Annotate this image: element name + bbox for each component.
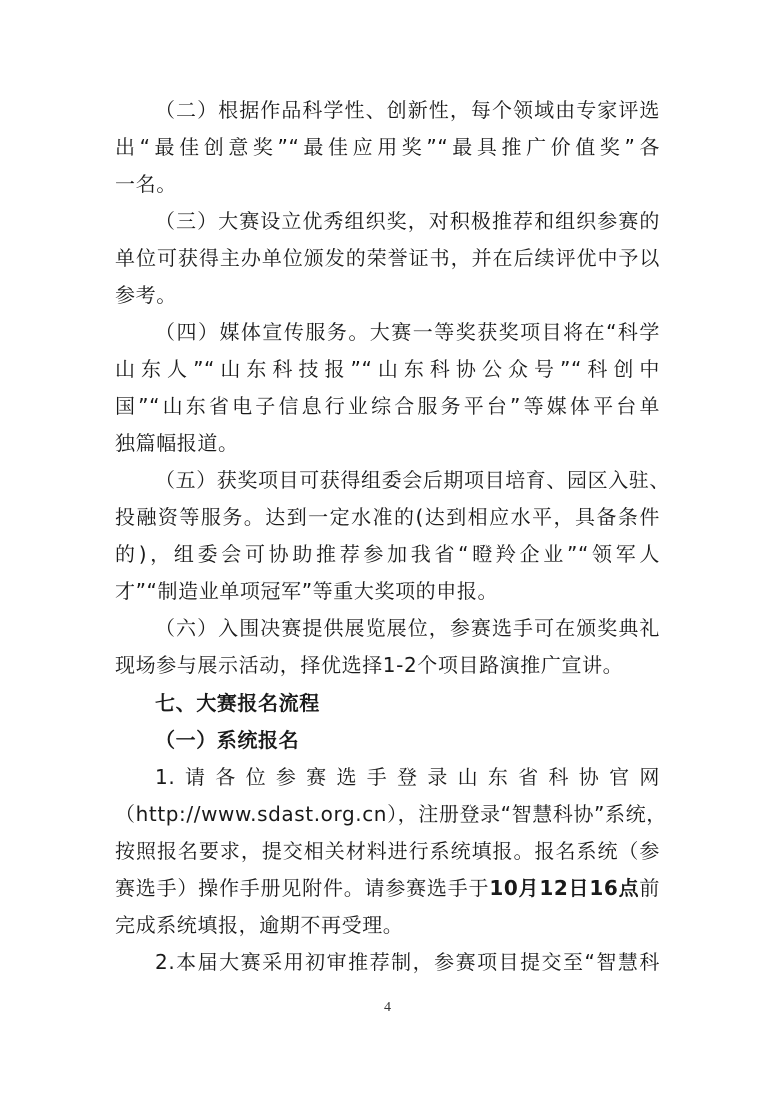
line-text: 赛选手）操作手册见附件。请参赛选手于	[115, 876, 489, 900]
paragraph-line: 单位可获得主办单位颁发的荣誉证书，并在后续评优中予以	[115, 240, 660, 277]
document-page: （二）根据作品科学性、创新性，每个领域由专家评选 出“最佳创意奖”“最佳应用奖”…	[0, 0, 775, 1101]
paragraph-line: （六）入围决赛提供展览展位，参赛选手可在颁奖典礼	[155, 610, 660, 647]
paragraph-line: （http://www.sdast.org.cn），注册登录“智慧科协”系统，	[115, 796, 660, 833]
paragraph-line: 完成系统填报，逾期不再受理。	[115, 907, 660, 944]
paragraph-line: 独篇幅报道。	[115, 425, 660, 462]
paragraph-line: 国”“山东省电子信息行业综合服务平台”等媒体平台单	[115, 388, 660, 425]
subsection-heading: （一）系统报名	[155, 722, 660, 759]
paragraph-line: 山东人”“山东科技报”“山东科协公众号”“科创中	[115, 351, 660, 388]
paragraph-line: 参考。	[115, 277, 660, 314]
paragraph-line: 出“最佳创意奖”“最佳应用奖”“最具推广价值奖”各	[115, 129, 660, 166]
paragraph-line: 一名。	[115, 166, 660, 203]
paragraph-line: （二）根据作品科学性、创新性，每个领域由专家评选	[155, 92, 660, 129]
paragraph-line: 赛选手）操作手册见附件。请参赛选手于10月12日16点前	[115, 870, 660, 907]
paragraph-line: 现场参与展示活动，择优选择1-2个项目路演推广宣讲。	[115, 647, 660, 684]
paragraph-line: （三）大赛设立优秀组织奖，对积极推荐和组织参赛的	[155, 203, 660, 240]
paragraph-line: （五）获奖项目可获得组委会后期项目培育、园区入驻、	[155, 462, 660, 499]
paragraph-line: 1.请各位参赛选手登录山东省科协官网	[155, 759, 660, 796]
paragraph-line: 才”“制造业单项冠军”等重大奖项的申报。	[115, 573, 660, 610]
paragraph-line: 的)，组委会可协助推荐参加我省“瞪羚企业”“领军人	[115, 536, 660, 573]
paragraph-line: 投融资等服务。达到一定水准的(达到相应水平，具备条件	[115, 499, 660, 536]
paragraph-line: 2.本届大赛采用初审推荐制，参赛项目提交至“智慧科	[155, 944, 660, 981]
deadline-text: 10月12日16点	[489, 876, 639, 900]
paragraph-line: 按照报名要求，提交相关材料进行系统填报。报名系统（参	[115, 833, 660, 870]
section-heading: 七、大赛报名流程	[155, 685, 660, 722]
page-number: 4	[0, 1000, 775, 1016]
line-text: 前	[639, 876, 660, 900]
paragraph-line: （四）媒体宣传服务。大赛一等奖获奖项目将在“科学	[155, 314, 660, 351]
